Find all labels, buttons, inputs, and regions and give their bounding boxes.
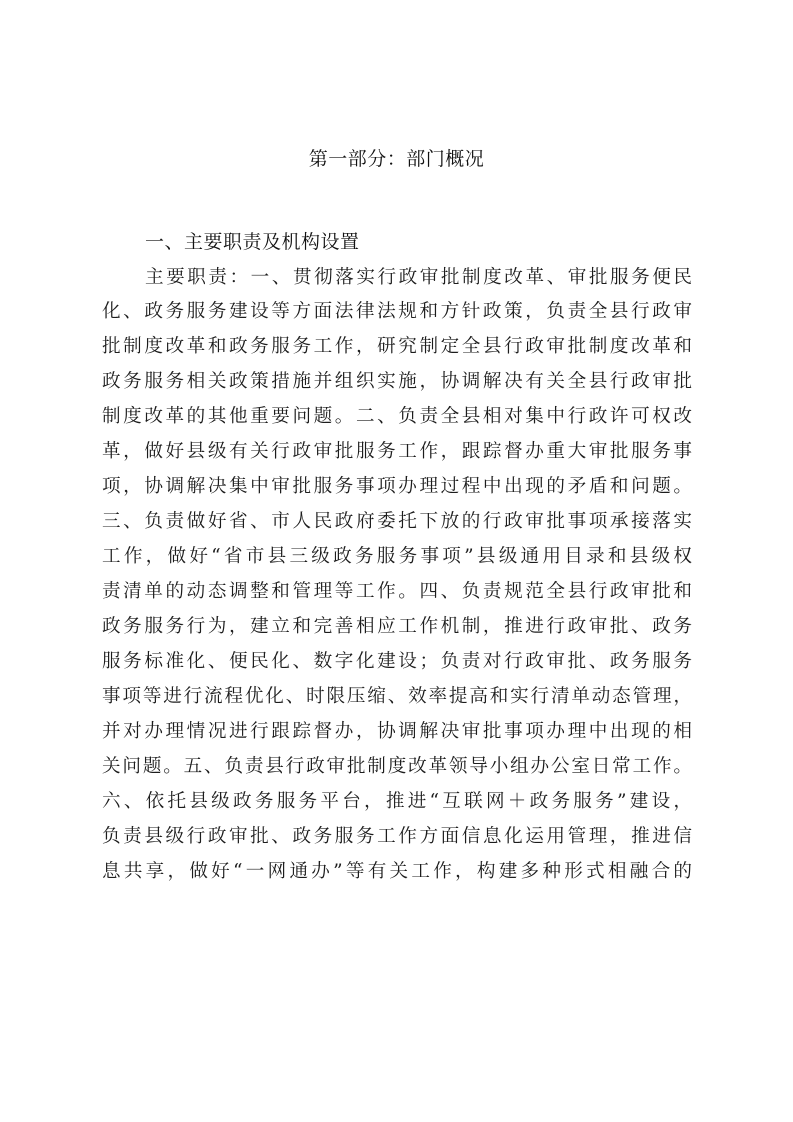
document-page: 第一部分：部门概况 一、主要职责及机构设置 主要职责：一、贯彻落实行政审批制度改… — [0, 0, 793, 1122]
body-line: 六、依托县级政务服务平台，推进“互联网＋政务服务”建设， — [102, 784, 692, 819]
section-heading: 一、主要职责及机构设置 — [145, 228, 360, 256]
body-line: 息共享，做好“一网通办”等有关工作，构建多种形式相融合的 — [102, 854, 692, 889]
body-line: 制度改革的其他重要问题。二、负责全县相对集中行政许可权改 — [102, 399, 692, 434]
body-line: 事项等进行流程优化、时限压缩、效率提高和实行清单动态管理， — [102, 679, 692, 714]
body-line: 革，做好县级有关行政审批服务工作，跟踪督办重大审批服务事 — [102, 434, 692, 469]
body-line: 三、负责做好省、市人民政府委托下放的行政审批事项承接落实 — [102, 504, 692, 539]
part-title: 第一部分：部门概况 — [0, 146, 793, 172]
body-line: 责清单的动态调整和管理等工作。四、负责规范全县行政审批和 — [102, 574, 692, 609]
body-line: 主要职责：一、贯彻落实行政审批制度改革、审批服务便民 — [145, 260, 692, 295]
body-line: 化、政务服务建设等方面法律法规和方针政策，负责全县行政审 — [102, 294, 692, 329]
body-line: 项，协调解决集中审批服务事项办理过程中出现的矛盾和问题。 — [102, 469, 692, 504]
body-line: 并对办理情况进行跟踪督办，协调解决审批事项办理中出现的相 — [102, 714, 692, 749]
body-line: 关问题。五、负责县行政审批制度改革领导小组办公室日常工作。 — [102, 749, 692, 784]
body-line: 政务服务相关政策措施并组织实施，协调解决有关全县行政审批 — [102, 364, 692, 399]
body-line: 政务服务行为，建立和完善相应工作机制，推进行政审批、政务 — [102, 609, 692, 644]
body-line: 负责县级行政审批、政务服务工作方面信息化运用管理，推进信 — [102, 819, 692, 854]
body-line: 批制度改革和政务服务工作，研究制定全县行政审批制度改革和 — [102, 329, 692, 364]
body-line: 工作，做好“省市县三级政务服务事项”县级通用目录和县级权 — [102, 539, 692, 574]
body-line: 服务标准化、便民化、数字化建设；负责对行政审批、政务服务 — [102, 644, 692, 679]
